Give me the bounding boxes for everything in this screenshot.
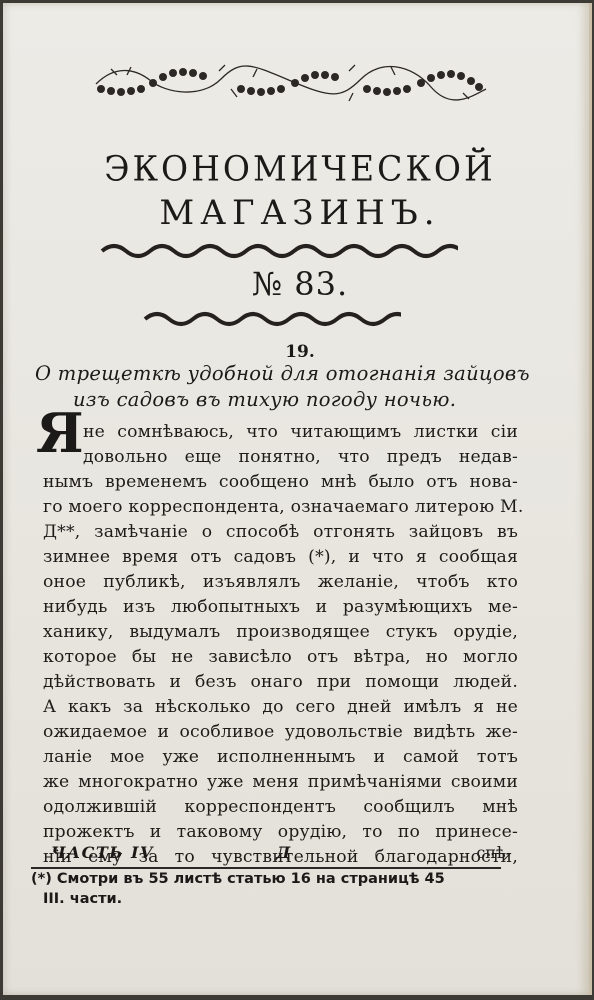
- article-heading-line1: О трещеткѣ удобной для отогнанія зайцовъ: [33, 361, 553, 387]
- body-line: же многократно уже меня примѣчаніями сво…: [43, 770, 518, 795]
- body-line: оное публикѣ, изъявлялъ желаніе, чтобъ к…: [43, 570, 518, 595]
- body-line: го моего корреспондента, означаемаго лит…: [43, 495, 518, 520]
- catchword: спѣ-: [476, 843, 511, 862]
- body-line: дѣйствовать и безъ онаго при помощи люде…: [43, 670, 518, 695]
- article-heading-line2: изъ садовъ въ тихую погоду ночью.: [33, 387, 553, 413]
- body-line: нымъ временемъ сообщено мнѣ было отъ нов…: [43, 470, 518, 495]
- body-line: нибудь изъ любопытныхъ и разумѣющихъ ме-: [43, 595, 518, 620]
- body-line: ланіе мое уже исполненнымъ и самой тотъ: [43, 745, 518, 770]
- scroll-divider-ornament-icon: [98, 239, 458, 261]
- body-line: зимнее время отъ садовъ (*), и что я соо…: [43, 545, 518, 570]
- body-line: ожидаемое и особливое удовольствіе видѣт…: [43, 720, 518, 745]
- footnote-line2: III. части.: [31, 889, 511, 909]
- body-line: А какъ за нѣсколько до сего дней имѣлъ я…: [43, 695, 518, 720]
- body-line: прожектъ и таковому орудію, то по принес…: [43, 820, 518, 845]
- body-line: не сомнѣваюсь, что читающимъ листки сіи: [43, 420, 518, 445]
- part-label: ЧАСТЬ IV: [51, 843, 154, 862]
- signature-row: ЧАСТЬ IV Д спѣ-: [51, 843, 511, 865]
- footnote-line1: (*) Смотри въ 55 листѣ статью 16 на стра…: [31, 871, 445, 887]
- floral-garland-ornament-icon: [91, 59, 491, 103]
- article-heading: О трещеткѣ удобной для отогнанія зайцовъ…: [33, 361, 553, 413]
- magazine-title-line2: МАГАЗИНЪ.: [3, 193, 594, 233]
- article-number: 19.: [3, 342, 594, 362]
- body-line: ханику, выдумалъ производящее стукъ оруд…: [43, 620, 518, 645]
- body-line: довольно еще понятно, что предъ недав-: [43, 445, 518, 470]
- issue-number: № 83.: [3, 265, 594, 303]
- body-line: Д**, замѣчаніе о способѣ отгонять зайцов…: [43, 520, 518, 545]
- article-body: не сомнѣваюсь, что читающимъ листки сіи …: [43, 420, 518, 870]
- book-page: ЭКОНОМИЧЕСКОЙ МАГАЗИНЪ. № 83. 19. О трещ…: [3, 3, 592, 995]
- body-line: которое бы не зависѣло отъ вѣтра, но мог…: [43, 645, 518, 670]
- magazine-title-line1: ЭКОНОМИЧЕСКОЙ: [3, 148, 594, 189]
- sheet-signature: Д: [276, 843, 290, 862]
- scroll-divider-ornament-icon: [141, 307, 401, 329]
- body-line: одолжившій корреспондентъ сообщилъ мнѣ: [43, 795, 518, 820]
- footnote: (*) Смотри въ 55 листѣ статью 16 на стра…: [31, 869, 511, 909]
